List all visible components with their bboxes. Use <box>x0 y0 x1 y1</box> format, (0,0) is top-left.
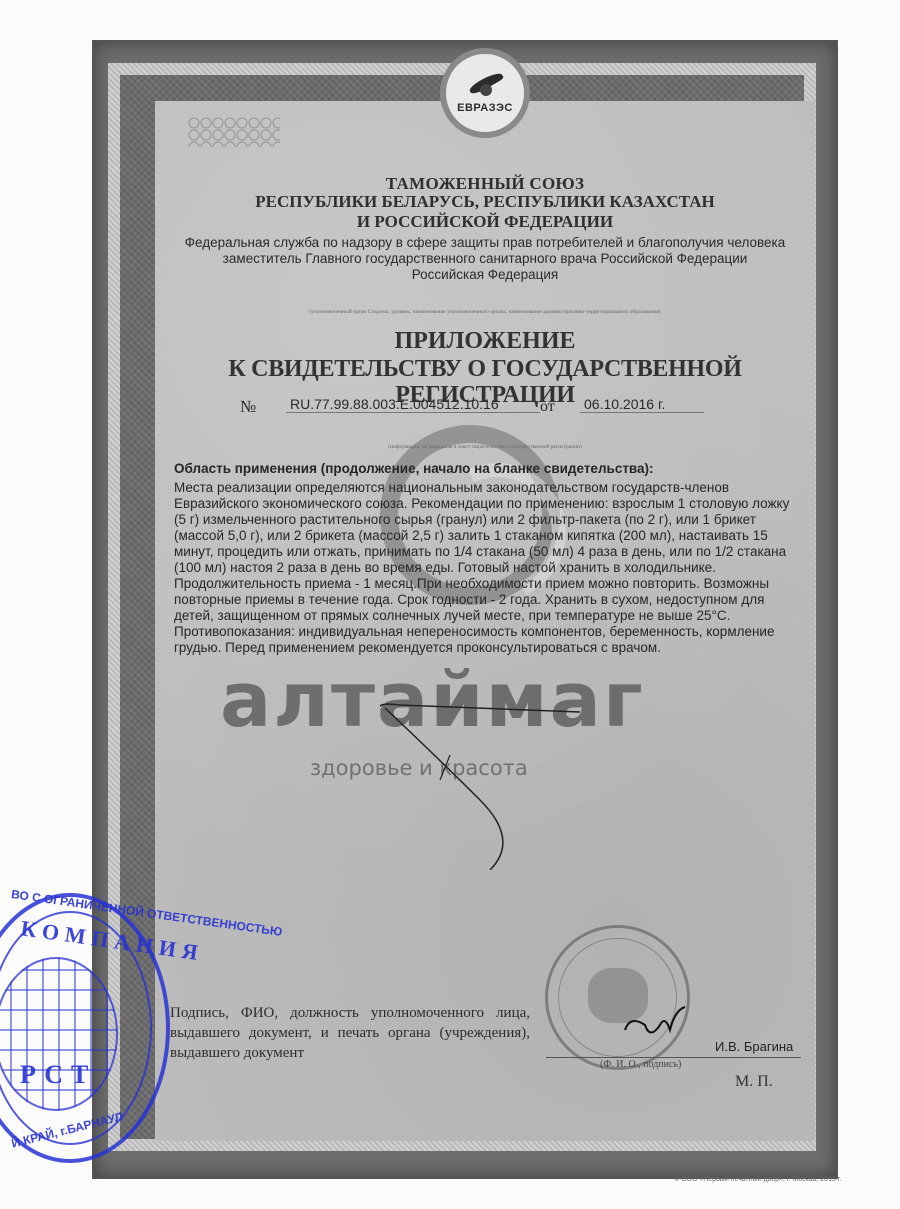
authority-caption: (уполномоченный орган Стороны, уровень, … <box>155 309 815 315</box>
registration-line: № RU.77.99.88.003.E.004512.10.16 от 06.1… <box>240 394 660 416</box>
registration-number: RU.77.99.88.003.E.004512.10.16 <box>286 396 540 413</box>
signer-name: И.В. Брагина <box>715 1039 793 1054</box>
fio-caption: (Ф. И. О., подпись) <box>600 1059 681 1070</box>
application-scope: Область применения (продолжение, начало … <box>174 461 804 656</box>
header-republics: РЕСПУБЛИКИ БЕЛАРУСЬ, РЕСПУБЛИКИ КАЗАХСТА… <box>155 192 815 212</box>
number-label: № <box>240 397 256 417</box>
from-label: от <box>540 398 555 416</box>
document-title: ПРИЛОЖЕНИЕ <box>155 328 815 354</box>
printer-copyright: © ООО «Первый печатный двор», г. Москва,… <box>674 1176 841 1183</box>
header-country: Российская Федерация <box>155 266 815 283</box>
header-official: заместитель Главного государственного са… <box>155 250 815 267</box>
stamp-company-abbr: РСТ <box>20 1060 96 1090</box>
security-pattern <box>188 117 280 147</box>
eurasec-bird-icon <box>462 72 508 98</box>
header-customs-union: ТАМОЖЕННЫЙ СОЮЗ <box>155 174 815 194</box>
seal-place-label: М. П. <box>735 1073 773 1091</box>
scope-heading: Область применения (продолжение, начало … <box>174 461 804 477</box>
registration-date: 06.10.2016 г. <box>580 396 704 413</box>
signature-instruction: Подпись, ФИО, должность уполномоченного … <box>170 1003 530 1063</box>
header-federation: И РОССИЙСКОЙ ФЕДЕРАЦИИ <box>155 212 815 232</box>
official-seal-icon <box>545 925 690 1070</box>
official-signature-icon <box>620 1005 690 1045</box>
handwritten-signature-icon <box>380 700 600 870</box>
eurasec-logo: ЕВРАЗЭС <box>440 48 530 138</box>
header-agency: Федеральная служба по надзору в сфере за… <box>155 234 815 251</box>
signature-line <box>546 1057 801 1058</box>
scope-text: Места реализации определяются национальн… <box>174 480 804 656</box>
logo-text: ЕВРАЗЭС <box>457 102 513 114</box>
